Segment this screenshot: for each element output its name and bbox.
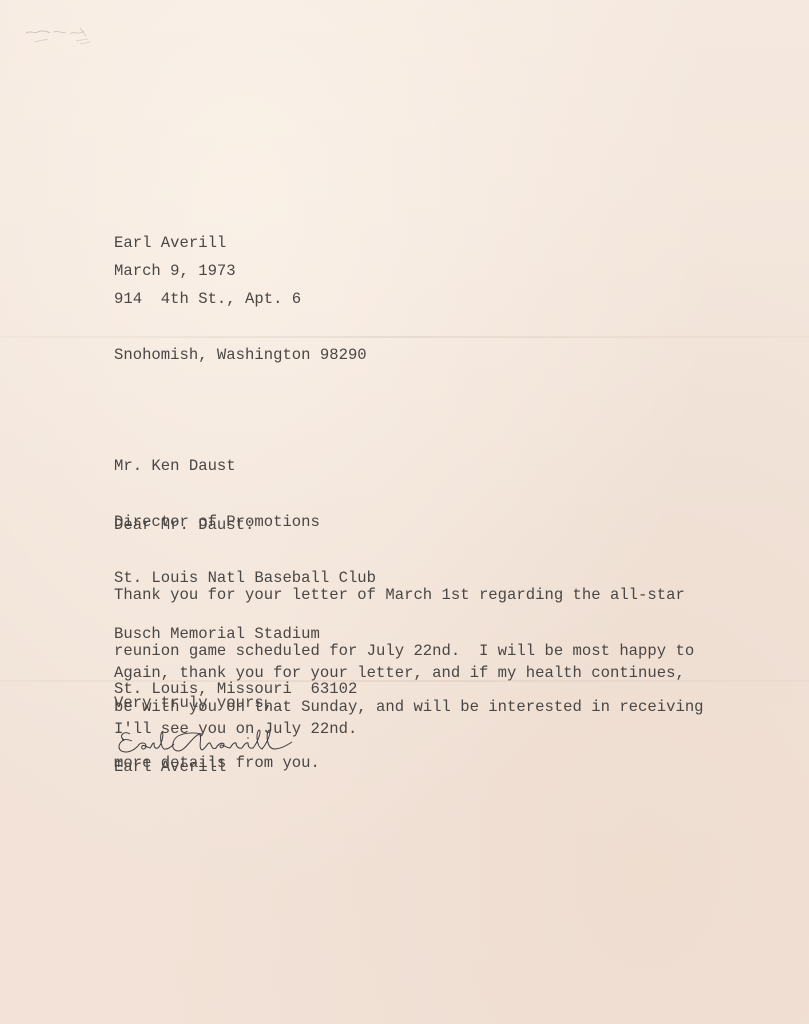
salutation: Dear Mr. Daust: bbox=[114, 516, 254, 535]
closing: Very truly yours, bbox=[114, 694, 273, 713]
letter-page: Earl Averill 914 4th St., Apt. 6 Snohomi… bbox=[0, 0, 809, 1024]
sender-city-line: Snohomish, Washington 98290 bbox=[114, 346, 367, 365]
letter-date: March 9, 1973 bbox=[114, 262, 236, 281]
handwritten-signature: Earl Averill bbox=[116, 724, 316, 758]
recipient-name: Mr. Ken Daust bbox=[114, 457, 376, 476]
signed-name: Earl Averill bbox=[114, 758, 226, 777]
body-line: Again, thank you for your letter, and if… bbox=[114, 664, 685, 683]
sender-address-block: Earl Averill 914 4th St., Apt. 6 Snohomi… bbox=[114, 197, 367, 402]
sender-name: Earl Averill bbox=[114, 234, 367, 253]
sender-address-line: 914 4th St., Apt. 6 bbox=[114, 290, 367, 309]
pencil-annotation-mark bbox=[22, 24, 102, 52]
body-line: Thank you for your letter of March 1st r… bbox=[114, 586, 704, 605]
